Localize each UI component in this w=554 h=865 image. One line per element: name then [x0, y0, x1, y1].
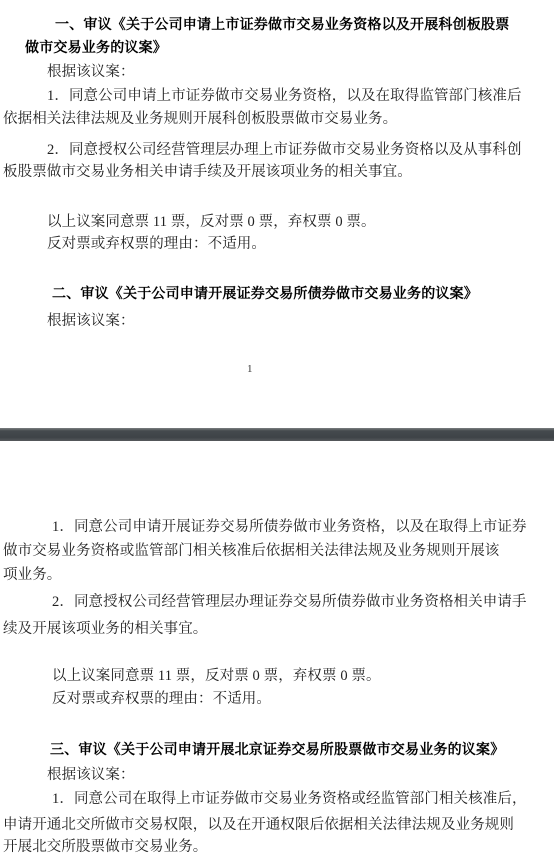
- page-separator: [0, 428, 554, 441]
- body-text-line: 项业务。: [3, 565, 61, 585]
- body-text-line: 2．同意授权公司经营管理层办理上市证券做市交易业务资格以及从事科创: [47, 140, 522, 160]
- vote-reason-line: 反对票或弃权票的理由：不适用。: [47, 234, 266, 254]
- section-1-heading-line-1: 一、审议《关于公司申请上市证券做市交易业务资格以及开展科创板股票: [55, 16, 509, 36]
- body-text-line: 根据该议案：: [47, 765, 135, 785]
- vote-reason-line: 反对票或弃权票的理由：不适用。: [52, 689, 271, 709]
- body-text-line: 1．同意公司申请上市证券做市交易业务资格，以及在取得监管部门核准后: [47, 86, 522, 106]
- body-text-line: 依据相关法律法规及业务规则开展科创板股票做市交易业务。: [3, 109, 397, 129]
- body-text-line: 根据该议案：: [47, 311, 135, 331]
- section-2-heading: 二、审议《关于公司申请开展证券交易所债券做市交易业务的议案》: [52, 285, 478, 305]
- body-text-line: 1．同意公司在取得上市证券做市交易业务资格或经监管部门相关核准后，: [52, 789, 527, 809]
- body-text-line: 2．同意授权公司经营管理层办理证券交易所债券做市业务资格相关申请手: [52, 592, 527, 612]
- body-text-line: 续及开展该项业务的相关事宜。: [3, 619, 207, 639]
- body-text-line: 1．同意公司申请开展证券交易所债券做市业务资格，以及在取得上市证券: [52, 517, 527, 537]
- body-text-line: 根据该议案：: [47, 62, 135, 82]
- body-text-line: 板股票做市交易业务相关申请手续及开展该项业务的相关事宜。: [3, 162, 412, 182]
- body-text-line: 申请开通北交所做市交易权限，以及在开通权限后依据相关法律法规及业务规则: [3, 815, 514, 835]
- document-view: 一、审议《关于公司申请上市证券做市交易业务资格以及开展科创板股票 做市交易业务的…: [0, 0, 554, 865]
- body-text-line: 开展北交所股票做市交易业务。: [3, 837, 207, 857]
- section-3-heading: 三、审议《关于公司申请开展北京证券交易所股票做市交易业务的议案》: [50, 741, 504, 761]
- vote-result-line: 以上议案同意票 11 票，反对票 0 票，弃权票 0 票。: [47, 212, 376, 232]
- page-number: 1: [247, 362, 253, 376]
- body-text-line: 做市交易业务资格或监管部门相关核准后依据相关法律法规及业务规则开展该: [3, 541, 499, 561]
- section-1-heading-line-2: 做市交易业务的议案》: [25, 39, 167, 59]
- vote-result-line: 以上议案同意票 11 票，反对票 0 票，弃权票 0 票。: [52, 666, 381, 686]
